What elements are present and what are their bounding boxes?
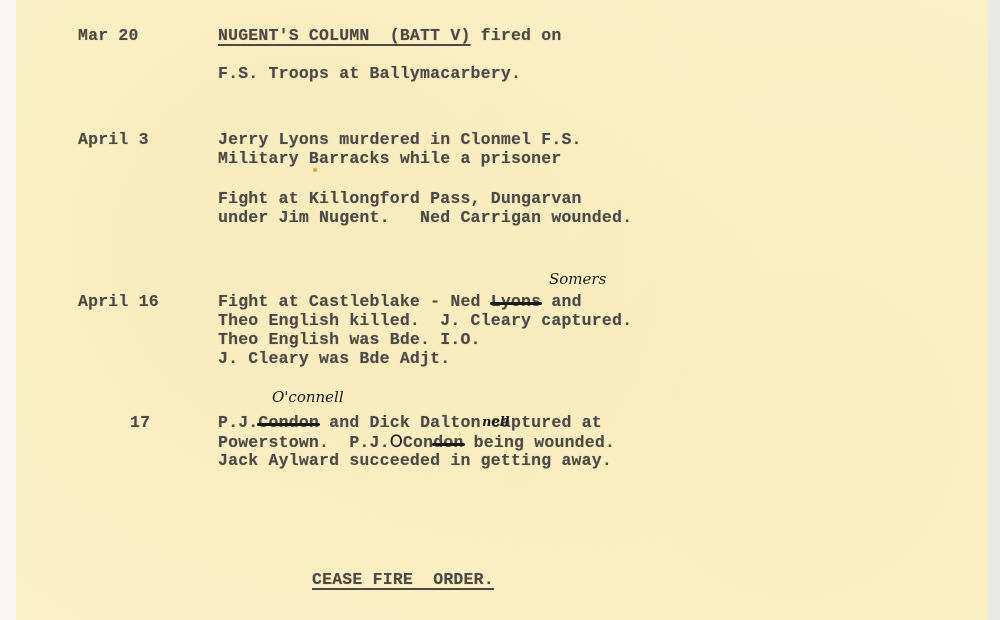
entry-line: Theo English killed. J. Cleary captured. [218,311,632,330]
entry-text: and [541,292,581,311]
struck-text: Lyons [491,292,542,311]
entry-text: being wounded. [464,433,616,452]
scan-left-margin [0,0,16,620]
entry-line: Jerry Lyons murdered in Clonmel F.S. [218,130,582,149]
handwritten-correction: O'connell [272,388,344,406]
entry-line: Powerstown. P.J.OCondon being wounded. [218,432,615,452]
entry-line: NUGENT'S COLUMN (BATT V) fired on [218,26,561,45]
entry-date: Mar 20 [78,26,139,45]
entry-line: Military Barracks while a prisoner [218,149,561,168]
entry-text: Powerstown. P.J. [218,433,390,452]
entry-date: April 3 [78,130,149,149]
entry-line: Jack Aylward succeeded in getting away. [218,451,612,470]
underlined-heading: NUGENT'S COLUMN (BATT V) [218,26,471,45]
entry-text: and Dick Dalton captured at [319,413,602,432]
entry-line: F.S. Troops at Ballymacarbery. [218,64,521,83]
entry-date: 17 [130,413,150,432]
entry-text: fired on [471,26,562,45]
section-heading: CEASE FIRE ORDER. [312,570,494,589]
entry-text: P.J. [218,413,258,432]
entry-line: J. Cleary was Bde Adjt. [218,349,450,368]
entry-text: Fight at Castleblake - Ned [218,292,491,311]
entry-line: under Jim Nugent. Ned Carrigan wounded. [218,208,632,227]
struck-text: Condon [258,413,319,432]
entry-date: April 16 [78,292,159,311]
entry-line: Fight at Castleblake - Ned Lyons and [218,292,582,311]
entry-text: Con [403,433,433,452]
entry-line: Fight at Killongford Pass, Dungarvan [218,189,582,208]
entry-line: Theo English was Bde. I.O. [218,330,481,349]
ink-spot [313,168,317,172]
struck-text: don [433,433,463,452]
handwritten-insert: O [390,432,403,451]
handwritten-correction: nell [482,415,510,430]
scan-right-margin [988,0,1000,620]
handwritten-correction: Somers [549,270,606,288]
entry-line: P.J.Condon and Dick Dalton captured at [218,413,602,432]
